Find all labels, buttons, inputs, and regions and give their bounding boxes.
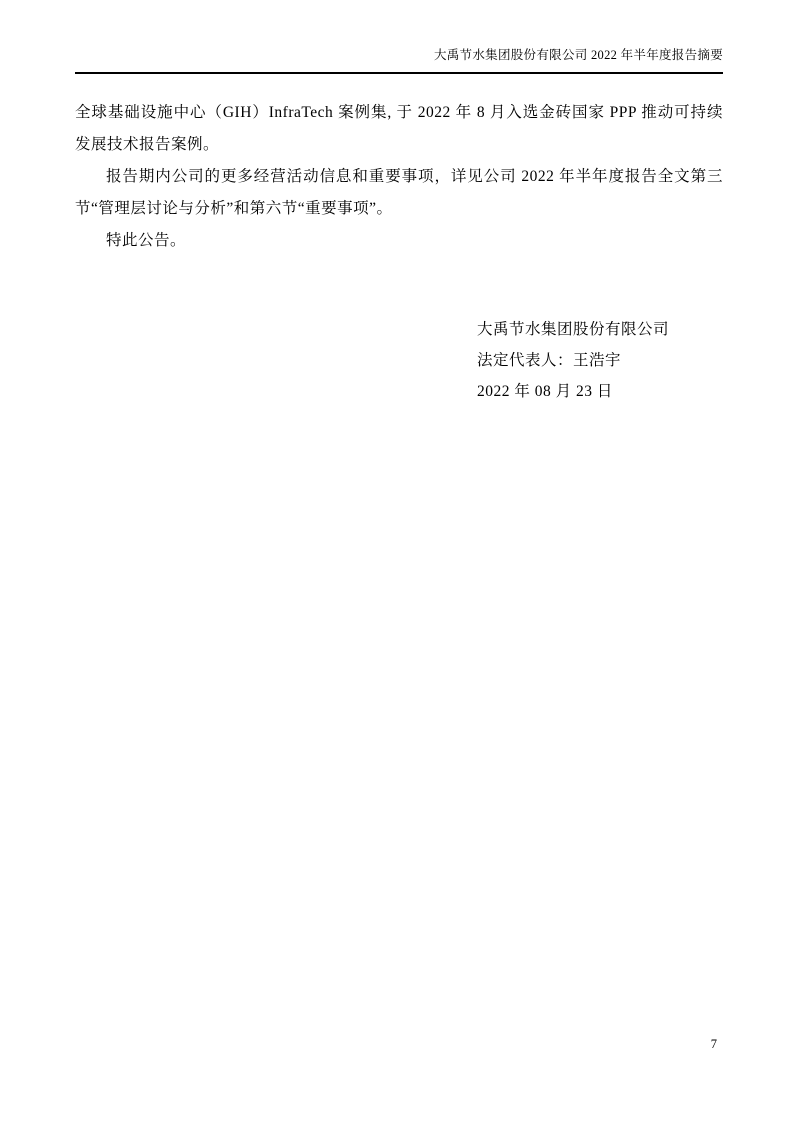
paragraph-gih-case: 全球基础设施中心（GIH）InfraTech 案例集, 于 2022 年 8 月… — [75, 97, 723, 161]
page-number: 7 — [711, 1036, 717, 1052]
signature-date: 2022 年 08 月 23 日 — [477, 376, 723, 407]
paragraph-report-reference: 报告期内公司的更多经营活动信息和重要事项，详见公司 2022 年半年度报告全文第… — [75, 161, 723, 225]
paragraph-announcement-note: 特此公告。 — [75, 225, 723, 257]
report-page: 大禹节水集团股份有限公司 2022 年半年度报告摘要 全球基础设施中心（GIH）… — [0, 0, 793, 1122]
signature-legal-representative: 法定代表人：王浩宇 — [477, 345, 723, 376]
page-header: 大禹节水集团股份有限公司 2022 年半年度报告摘要 — [75, 46, 723, 74]
signature-company: 大禹节水集团股份有限公司 — [477, 314, 723, 345]
document-body: 全球基础设施中心（GIH）InfraTech 案例集, 于 2022 年 8 月… — [75, 97, 723, 257]
signature-block: 大禹节水集团股份有限公司 法定代表人：王浩宇 2022 年 08 月 23 日 — [477, 314, 723, 407]
header-title: 大禹节水集团股份有限公司 2022 年半年度报告摘要 — [434, 48, 723, 62]
